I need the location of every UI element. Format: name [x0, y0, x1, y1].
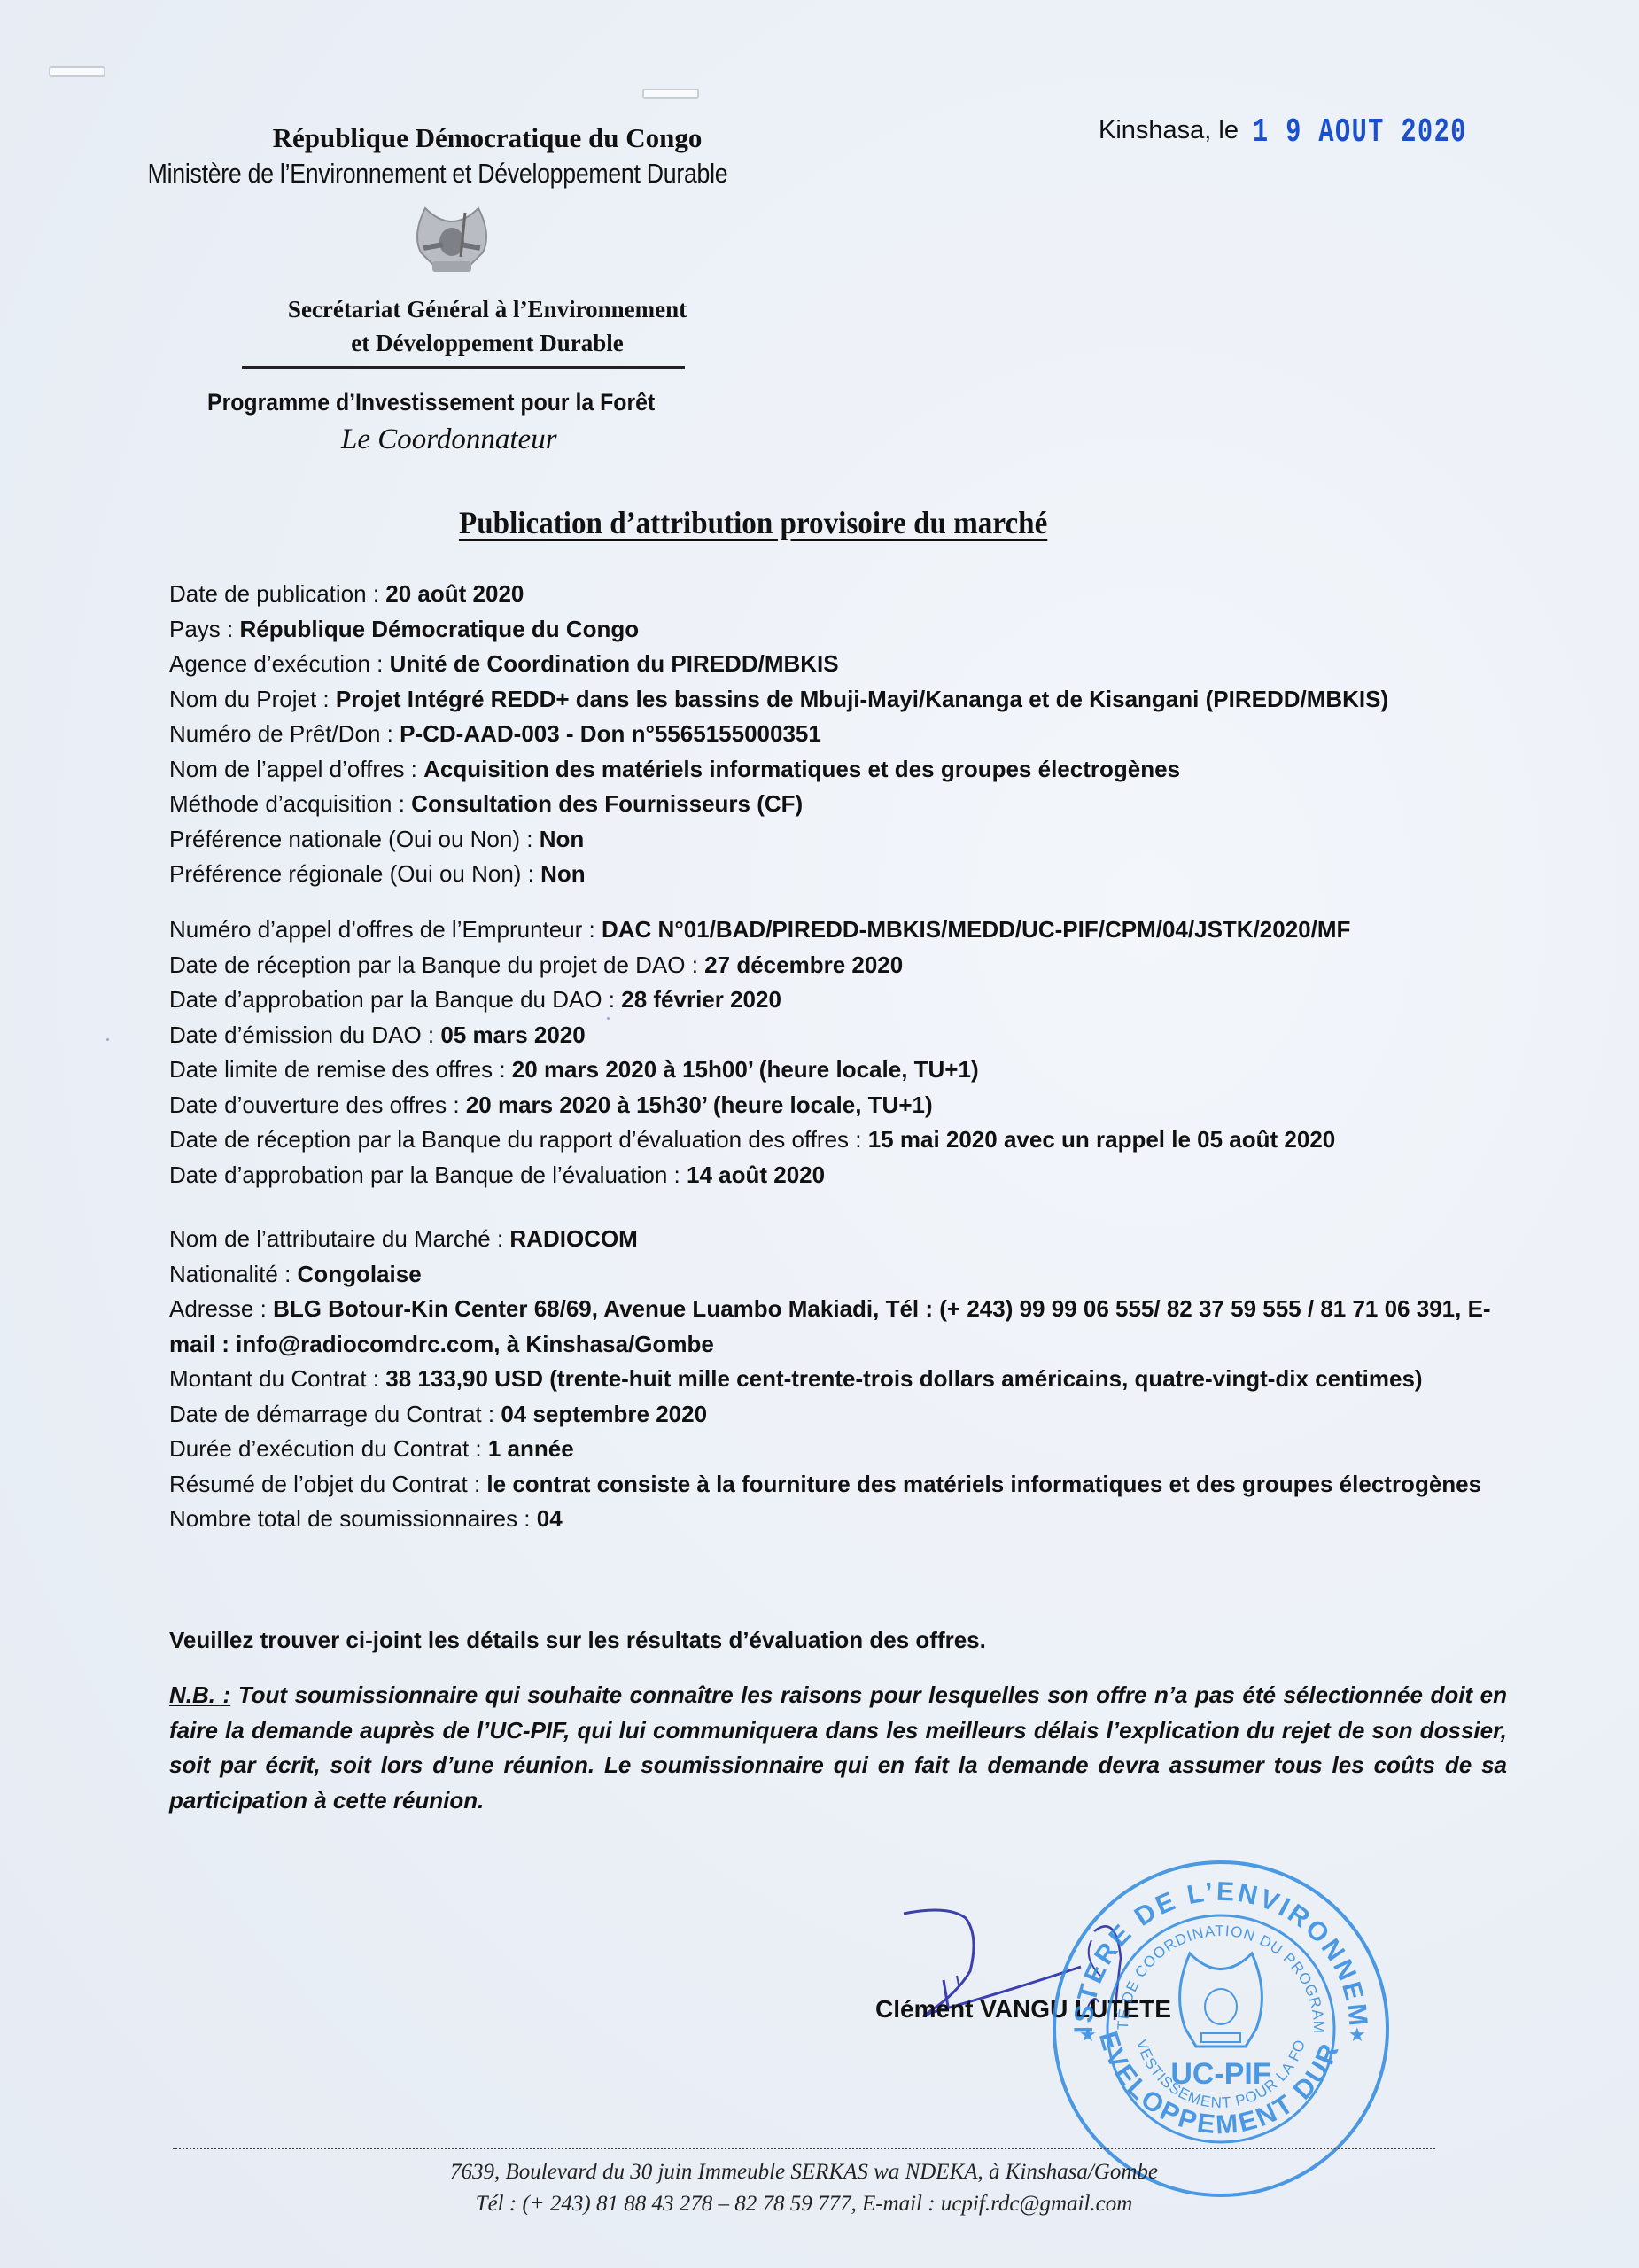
field-label: Nombre total de soumissionnaires : — [169, 1505, 537, 1532]
field-label: Date d’approbation par la Banque du DAO … — [169, 986, 621, 1013]
footer-divider — [173, 2148, 1435, 2149]
field-label: Date limite de remise des offres : — [169, 1056, 512, 1083]
field-label: Pays : — [169, 616, 239, 642]
field-label: Adresse : — [169, 1295, 273, 1322]
field-value: 20 mars 2020 à 15h30’ (heure locale, TU+… — [466, 1091, 933, 1118]
awardee-info-row: Nombre total de soumissionnaires : 04 — [169, 1502, 1516, 1537]
place-date: Kinshasa, le 1 9 AOUT 2020 — [1099, 113, 1539, 151]
field-label: Date de réception par la Banque du proje… — [169, 951, 704, 978]
awardee-info-row: Montant du Contrat : 38 133,90 USD (tren… — [169, 1362, 1516, 1397]
date-stamp: 1 9 AOUT 2020 — [1253, 113, 1467, 151]
field-label: Numéro d’appel d’offres de l’Emprunteur … — [169, 916, 602, 943]
awardee-info-row: Nom de l’attributaire du Marché : RADIOC… — [169, 1222, 1516, 1257]
svg-text:★: ★ — [1348, 2023, 1366, 2046]
field-value: 14 août 2020 — [687, 1161, 825, 1188]
field-value: Projet Intégré REDD+ dans les bassins de… — [336, 686, 1388, 712]
official-seal-icon: MINISTERE DE L’ENVIRONNEMENT ET DEVELOPP… — [1044, 1852, 1398, 2206]
procurement-info-row: Numéro de Prêt/Don : P-CD-AAD-003 - Don … — [169, 717, 1551, 752]
field-value: Consultation des Fournisseurs (CF) — [411, 790, 803, 817]
footer-contact: Tél : (+ 243) 81 88 43 278 – 82 78 59 77… — [173, 2192, 1435, 2217]
secretariat-line-1: Secrétariat Général à l’Environnement — [221, 292, 753, 326]
bidding-date-row: Date de réception par la Banque du rappo… — [169, 1122, 1551, 1158]
header-divider — [242, 366, 685, 369]
procurement-info-row: Pays : République Démocratique du Congo — [169, 612, 1551, 648]
nb-note: N.B. : Tout soumissionnaire qui souhaite… — [169, 1678, 1507, 1818]
field-label: Préférence régionale (Oui ou Non) : — [169, 860, 540, 887]
procurement-info-row: Nom de l’appel d’offres : Acquisition de… — [169, 752, 1551, 788]
bidding-date-row: Date limite de remise des offres : 20 ma… — [169, 1052, 1551, 1088]
field-label: Date d’émission du DAO : — [169, 1021, 440, 1048]
programme-name: Programme d’Investissement pour la Forêt — [207, 389, 655, 416]
procurement-info-row: Nom du Projet : Projet Intégré REDD+ dan… — [169, 682, 1551, 718]
awardee-info-row: Durée d’exécution du Contrat : 1 année — [169, 1432, 1516, 1467]
section-procurement-info: Date de publication : 20 août 2020Pays :… — [169, 577, 1551, 892]
secretariat-heading: Secrétariat Général à l’Environnement et… — [221, 292, 753, 360]
field-label: Numéro de Prêt/Don : — [169, 720, 400, 747]
field-value: 04 septembre 2020 — [501, 1401, 707, 1427]
coordinator-role: Le Coordonnateur — [341, 423, 557, 456]
field-value: 20 mars 2020 à 15h00’ (heure locale, TU+… — [512, 1056, 979, 1083]
procurement-info-row: Préférence régionale (Oui ou Non) : Non — [169, 857, 1551, 892]
svg-text:★: ★ — [1079, 2023, 1097, 2046]
field-label: Nom du Projet : — [169, 686, 336, 712]
field-value: 04 — [537, 1505, 563, 1532]
field-value: BLG Botour-Kin Center 68/69, Avenue Luam… — [169, 1295, 1491, 1357]
field-label: Préférence nationale (Oui ou Non) : — [169, 826, 540, 852]
field-label: Montant du Contrat : — [169, 1365, 385, 1392]
field-label: Nom de l’attributaire du Marché : — [169, 1225, 509, 1252]
field-label: Date d’approbation par la Banque de l’év… — [169, 1161, 687, 1188]
staple-right — [642, 89, 699, 99]
field-label: Date de publication : — [169, 580, 385, 607]
country-heading: République Démocratique du Congo — [221, 122, 753, 154]
procurement-info-row: Agence d’exécution : Unité de Coordinati… — [169, 647, 1551, 682]
field-label: Date de démarrage du Contrat : — [169, 1401, 501, 1427]
field-label: Date d’ouverture des offres : — [169, 1091, 466, 1118]
section-bidding-dates: Numéro d’appel d’offres de l’Emprunteur … — [169, 913, 1551, 1192]
nb-prefix: N.B. : — [169, 1682, 230, 1708]
field-value: Non — [540, 860, 586, 887]
nb-text: Tout soumissionnaire qui souhaite connaî… — [169, 1682, 1507, 1814]
field-label: Date de réception par la Banque du rappo… — [169, 1126, 868, 1153]
ministry-heading: Ministère de l’Environnement et Développ… — [133, 158, 742, 190]
field-label: Agence d’exécution : — [169, 650, 390, 677]
field-value: Non — [540, 826, 585, 852]
staple-left — [49, 66, 105, 77]
field-value: 1 année — [488, 1435, 574, 1462]
field-value: 15 mai 2020 avec un rappel le 05 août 20… — [868, 1126, 1336, 1153]
awardee-info-row: Résumé de l’objet du Contrat : le contra… — [169, 1467, 1516, 1503]
field-value: 28 février 2020 — [621, 986, 781, 1013]
awardee-info-row: Date de démarrage du Contrat : 04 septem… — [169, 1397, 1516, 1433]
bidding-date-row: Date d’approbation par la Banque du DAO … — [169, 983, 1551, 1018]
field-value: 20 août 2020 — [385, 580, 524, 607]
bidding-date-row: Date de réception par la Banque du proje… — [169, 948, 1551, 983]
field-value: DAC N°01/BAD/PIREDD-MBKIS/MEDD/UC-PIF/CP… — [602, 916, 1350, 943]
field-value: Unité de Coordination du PIREDD/MBKIS — [390, 650, 839, 677]
bidding-date-row: Date d’ouverture des offres : 20 mars 20… — [169, 1088, 1551, 1123]
svg-text:UC-PIF: UC-PIF — [1170, 2057, 1270, 2091]
document-title: Publication d’attribution provisoire du … — [459, 504, 1047, 541]
attachment-note: Veuillez trouver ci-joint les détails su… — [169, 1627, 986, 1654]
field-label: Résumé de l’objet du Contrat : — [169, 1471, 486, 1497]
field-value: RADIOCOM — [509, 1225, 637, 1252]
field-label: Nationalité : — [169, 1261, 298, 1287]
bidding-date-row: Numéro d’appel d’offres de l’Emprunteur … — [169, 913, 1551, 948]
bidding-date-row: Date d’émission du DAO : 05 mars 2020 — [169, 1018, 1551, 1053]
awardee-info-row: Nationalité : Congolaise — [169, 1257, 1516, 1293]
field-value: le contrat consiste à la fourniture des … — [486, 1471, 1481, 1497]
footer-address: 7639, Boulevard du 30 juin Immeuble SERK… — [173, 2160, 1435, 2185]
field-value: P-CD-AAD-003 - Don n°5565155000351 — [400, 720, 821, 747]
field-label: Nom de l’appel d’offres : — [169, 756, 423, 782]
field-label: Durée d’exécution du Contrat : — [169, 1435, 488, 1462]
scan-speck — [607, 1017, 610, 1020]
procurement-info-row: Date de publication : 20 août 2020 — [169, 577, 1551, 612]
place-prefix: Kinshasa, le — [1099, 116, 1239, 144]
field-value: Acquisition des matériels informatiques … — [423, 756, 1180, 782]
scan-speck — [106, 1038, 109, 1041]
section-awardee-info: Nom de l’attributaire du Marché : RADIOC… — [169, 1222, 1516, 1537]
coat-of-arms-icon — [408, 199, 496, 279]
field-value: 05 mars 2020 — [440, 1021, 585, 1048]
procurement-info-row: Préférence nationale (Oui ou Non) : Non — [169, 822, 1551, 858]
field-value: Congolaise — [298, 1261, 422, 1287]
awardee-info-row: Adresse : BLG Botour-Kin Center 68/69, A… — [169, 1292, 1516, 1362]
procurement-info-row: Méthode d’acquisition : Consultation des… — [169, 787, 1551, 822]
field-label: Méthode d’acquisition : — [169, 790, 411, 817]
field-value: 38 133,90 USD (trente-huit mille cent-tr… — [385, 1365, 1422, 1392]
secretariat-line-2: et Développement Durable — [221, 326, 753, 360]
field-value: République Démocratique du Congo — [239, 616, 639, 642]
field-value: 27 décembre 2020 — [704, 951, 903, 978]
bidding-date-row: Date d’approbation par la Banque de l’év… — [169, 1158, 1551, 1193]
